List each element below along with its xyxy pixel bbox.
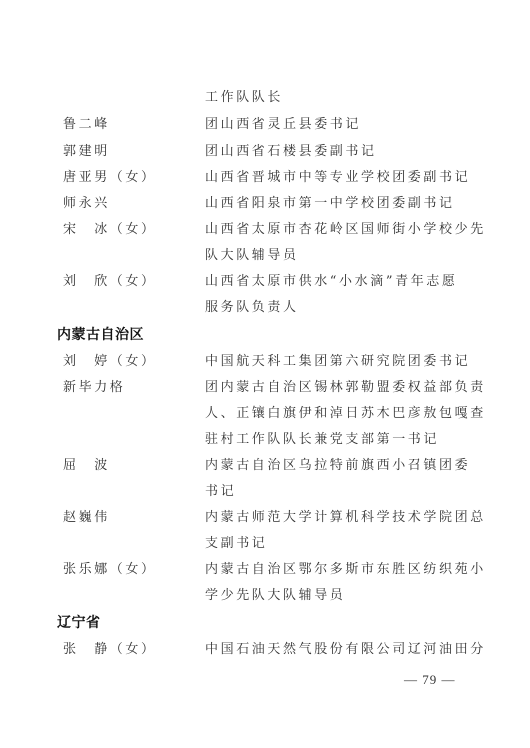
entry-title: 内蒙古自治区乌拉特前旗西小召镇团委 bbox=[205, 458, 470, 474]
entry-name: 宋 冰（女） bbox=[63, 222, 157, 238]
entry-title-cont: 学少先队大队辅导员 bbox=[205, 588, 345, 604]
entry-name: 赵巍伟 bbox=[63, 510, 110, 526]
entry-title: 中国航天科工集团第六研究院团委书记 bbox=[205, 354, 470, 370]
document-page: 工作队队长 鲁二峰 团山西省灵丘县委书记 郭建明 团山西省石楼县委副书记 唐亚男… bbox=[0, 0, 530, 748]
entry-name: 刘 欣（女） bbox=[63, 274, 157, 290]
continuation-line: 工作队队长 bbox=[205, 90, 283, 106]
entry-title: 内蒙古自治区鄂尔多斯市东胜区纺织苑小 bbox=[205, 562, 486, 578]
entry-title-cont: 驻村工作队队长兼党支部第一书记 bbox=[205, 432, 439, 448]
entry-title: 团山西省石楼县委副书记 bbox=[205, 144, 377, 160]
entry-name: 张 静（女） bbox=[63, 642, 157, 658]
entry-name: 刘 婷（女） bbox=[63, 354, 157, 370]
entry-name: 师永兴 bbox=[63, 196, 110, 212]
entry-title-cont: 服务队负责人 bbox=[205, 300, 299, 316]
page-number: — 79 — bbox=[404, 672, 456, 688]
entry-title: 山西省太原市杏花岭区国师街小学校少先 bbox=[205, 222, 486, 238]
entry-title-cont: 队大队辅导员 bbox=[205, 248, 299, 264]
entry-title: 团山西省灵丘县委书记 bbox=[205, 117, 361, 133]
entry-name: 鲁二峰 bbox=[63, 117, 110, 133]
entry-title: 内蒙古师范大学计算机科学技术学院团总 bbox=[205, 510, 486, 526]
entry-name: 张乐娜（女） bbox=[63, 562, 157, 578]
entry-title: 团内蒙古自治区锡林郭勒盟委权益部负责 bbox=[205, 380, 486, 396]
entry-title-cont: 书记 bbox=[205, 484, 236, 500]
section-heading: 辽宁省 bbox=[57, 615, 101, 631]
entry-title-cont: 支副书记 bbox=[205, 536, 267, 552]
entry-name: 屈 波 bbox=[63, 458, 110, 474]
entry-title: 山西省太原市供水“小水滴”青年志愿 bbox=[205, 274, 458, 290]
entry-title: 山西省晋城市中等专业学校团委副书记 bbox=[205, 170, 470, 186]
entry-title: 山西省阳泉市第一中学校团委副书记 bbox=[205, 196, 455, 212]
entry-name: 新毕力格 bbox=[63, 380, 125, 396]
entry-title: 中国石油天然气股份有限公司辽河油田分 bbox=[205, 642, 486, 658]
entry-title-cont: 人、正镶白旗伊和淖日苏木巴彦敖包嘎查 bbox=[205, 406, 486, 422]
entry-name: 唐亚男（女） bbox=[63, 170, 157, 186]
entry-name: 郭建明 bbox=[63, 144, 110, 160]
section-heading: 内蒙古自治区 bbox=[57, 327, 144, 343]
